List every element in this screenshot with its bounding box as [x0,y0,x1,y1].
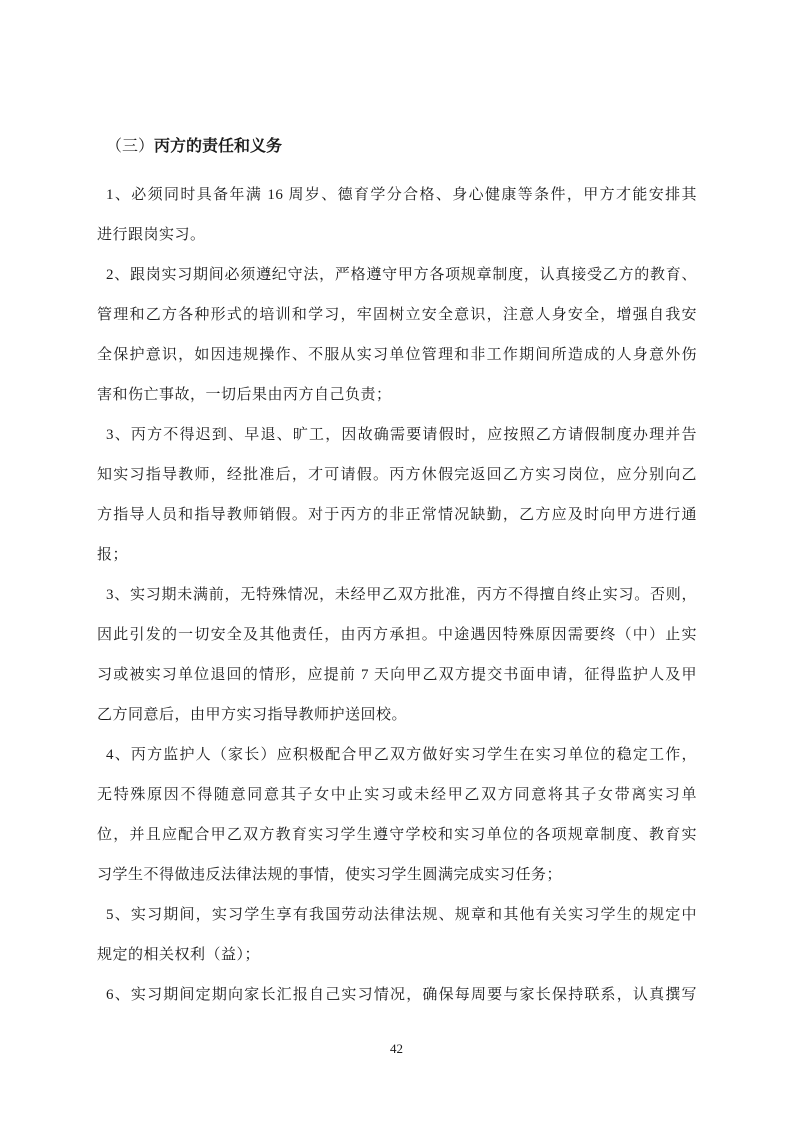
section-heading: （三）丙方的责任和义务 [97,127,697,167]
clause-5: 5、实习期间，实习学生享有我国劳动法律法规、规章和其他有关实习学生的规定中规定的… [97,895,697,975]
text-line: 乙方同意后，由甲方实习指导教师护送回校。 [97,695,697,735]
text-line: 因此引发的一切安全及其他责任，由丙方承担。中途遇因特殊原因需要终（中）止实 [97,615,697,655]
text-line: 报； [97,535,697,575]
text-line: 习或被实习单位退回的情形，应提前 7 天向甲乙双方提交书面申请，征得监护人及甲 [97,655,697,695]
document-page: （三）丙方的责任和义务 1、必须同时具备年满 16 周岁、德育学分合格、身心健康… [0,0,793,1122]
text-line: 全保护意识，如因违规操作、不服从实习单位管理和非工作期间所造成的人身意外伤 [97,335,697,375]
clause-4: 4、丙方监护人（家长）应积极配合甲乙双方做好实习学生在实习单位的稳定工作，无特殊… [97,735,697,895]
text-line: 6、实习期间定期向家长汇报自己实习情况，确保每周要与家长保持联系，认真撰写 [97,975,697,1015]
text-line: 3、丙方不得迟到、早退、旷工，因故确需要请假时，应按照乙方请假制度办理并告 [97,415,697,455]
text-line: 进行跟岗实习。 [97,215,697,255]
page-number: 42 [390,1041,403,1056]
clauses-container: 1、必须同时具备年满 16 周岁、德育学分合格、身心健康等条件，甲方才能安排其进… [97,175,697,1015]
text-line: 方指导人员和指导教师销假。对于丙方的非正常情况缺勤，乙方应及时向甲方进行通 [97,495,697,535]
clause-3: 3、丙方不得迟到、早退、旷工，因故确需要请假时，应按照乙方请假制度办理并告知实习… [97,415,697,575]
document-body: （三）丙方的责任和义务 1、必须同时具备年满 16 周岁、德育学分合格、身心健康… [97,127,697,1015]
text-line: 习学生不得做违反法律法规的事情，使实习学生圆满完成实习任务； [97,855,697,895]
text-line: 5、实习期间，实习学生享有我国劳动法律法规、规章和其他有关实习学生的规定中 [97,895,697,935]
section-title: 丙方的责任和义务 [154,138,282,155]
clause-3b: 3、实习期未满前，无特殊情况，未经甲乙双方批准，丙方不得擅自终止实习。否则，因此… [97,575,697,735]
text-line: 4、丙方监护人（家长）应积极配合甲乙双方做好实习学生在实习单位的稳定工作， [97,735,697,775]
text-line: 知实习指导教师，经批准后，才可请假。丙方休假完返回乙方实习岗位，应分别向乙 [97,455,697,495]
text-line: 2、跟岗实习期间必须遵纪守法，严格遵守甲方各项规章制度，认真接受乙方的教育、 [97,255,697,295]
text-line: 位，并且应配合甲乙双方教育实习学生遵守学校和实习单位的各项规章制度、教育实 [97,815,697,855]
section-number: （三） [106,138,154,155]
clause-6: 6、实习期间定期向家长汇报自己实习情况，确保每周要与家长保持联系，认真撰写 [97,975,697,1015]
text-line: 害和伤亡事故，一切后果由丙方自己负责； [97,375,697,415]
clause-2: 2、跟岗实习期间必须遵纪守法，严格遵守甲方各项规章制度，认真接受乙方的教育、管理… [97,255,697,415]
text-line: 规定的相关权利（益）； [97,935,697,975]
clause-1: 1、必须同时具备年满 16 周岁、德育学分合格、身心健康等条件，甲方才能安排其进… [97,175,697,255]
text-line: 无特殊原因不得随意同意其子女中止实习或未经甲乙双方同意将其子女带离实习单 [97,775,697,815]
text-line: 1、必须同时具备年满 16 周岁、德育学分合格、身心健康等条件，甲方才能安排其 [97,175,697,215]
text-line: 管理和乙方各种形式的培训和学习，牢固树立安全意识，注意人身安全，增强自我安 [97,295,697,335]
page-footer: 42 [0,1035,793,1063]
text-line: 3、实习期未满前，无特殊情况，未经甲乙双方批准，丙方不得擅自终止实习。否则， [97,575,697,615]
